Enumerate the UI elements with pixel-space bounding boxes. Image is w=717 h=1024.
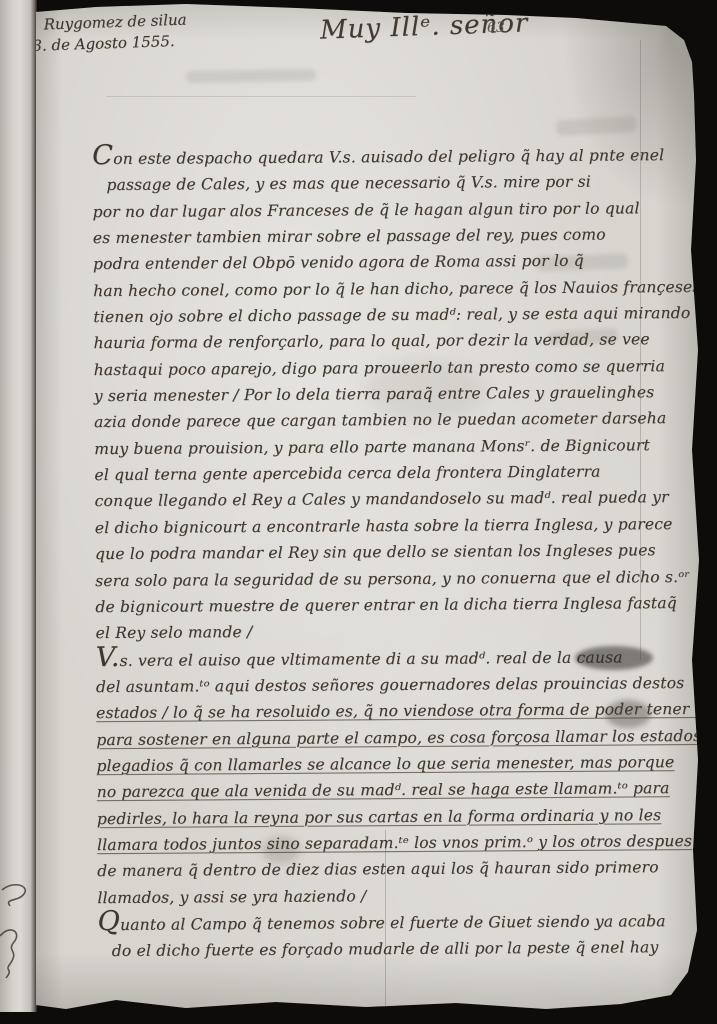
- manuscript-line: Con este despacho quedara V.s. auisado d…: [92, 141, 696, 173]
- manuscript-line: que lo podra mandar el Rey sin que dello…: [95, 537, 699, 568]
- manuscript-line: tienen ojo sobre el dicho passage de su …: [93, 300, 697, 331]
- manuscript-line: el dicho bignicourt a encontrarle hasta …: [95, 511, 699, 542]
- bleedthrough-mark: [186, 69, 316, 83]
- manuscript-line: V.s. vera el auiso que vltimamente di a …: [96, 642, 700, 674]
- manuscript-page: Ruygomez de silua 3. de Agosto 1555. Muy…: [36, 0, 704, 1024]
- manuscript-line: de manera q̃ dentro de diez dias esten a…: [97, 854, 701, 885]
- manuscript-line: el qual terna gente apercebida cerca del…: [94, 458, 698, 489]
- letter-body: Con este despacho quedara V.s. auisado d…: [92, 141, 702, 965]
- manuscript-line: de bignicourt muestre de querer entrar e…: [95, 590, 699, 621]
- manuscript-line: sera solo para la seguridad de su person…: [95, 563, 699, 594]
- manuscript-line: hastaqui poco aparejo, digo para proueer…: [94, 353, 698, 384]
- manuscript-line: podra entender del Obpō venido agora de …: [93, 247, 697, 278]
- manuscript-line: han hecho conel, como por lo q̃ le han d…: [93, 274, 697, 305]
- manuscript-line: do el dicho fuerte es forçado mudarle de…: [112, 934, 702, 964]
- paragraph-2: V.s. vera el auiso que vltimamente di a …: [96, 642, 702, 911]
- archival-note-line2: 3. de Agosto 1555.: [32, 31, 188, 57]
- manuscript-line: por no dar lugar alos Franceses de q̃ le…: [93, 195, 697, 226]
- manuscript-line: para sostener en alguna parte el campo, …: [96, 722, 700, 753]
- manuscript-line: hauria forma de renforçarlo, para lo qua…: [93, 326, 697, 357]
- paragraph-1: Con este despacho quedara V.s. auisado d…: [92, 141, 699, 647]
- manuscript-line: Quanto al Campo q̃ tenemos sobre el fuer…: [97, 907, 701, 939]
- manuscript-line: no parezca que ala venida de su madᵈ. re…: [97, 775, 701, 806]
- manuscript-line: estados / lo q̃ se ha resoluido es, q̃ n…: [96, 696, 700, 727]
- archival-note: Ruygomez de silua 3. de Agosto 1555.: [43, 10, 187, 57]
- manuscript-scan: Ruygomez de silua 3. de Agosto 1555. Muy…: [0, 0, 717, 1024]
- manuscript-line: azia donde parece que cargan tambien no …: [94, 405, 698, 436]
- facing-page-ink-icon: [0, 876, 36, 986]
- manuscript-line: passage de Cales, y es mas que necessari…: [106, 168, 696, 198]
- bleedthrough-mark: [556, 116, 637, 136]
- manuscript-line: pedirles, lo hara la reyna por sus carta…: [97, 801, 701, 832]
- paper-crease: [106, 96, 416, 97]
- adjacent-page-edge: [0, 0, 37, 1012]
- manuscript-line: y seria menester / Por lo dela tierra pa…: [94, 379, 698, 410]
- folio-number: 63: [487, 20, 505, 36]
- manuscript-line: muy buena prouision, y para ello parte m…: [94, 432, 698, 463]
- manuscript-line: conque llegando el Rey a Cales y mandand…: [95, 484, 699, 515]
- paragraph-3: Quanto al Campo q̃ tenemos sobre el fuer…: [97, 907, 701, 965]
